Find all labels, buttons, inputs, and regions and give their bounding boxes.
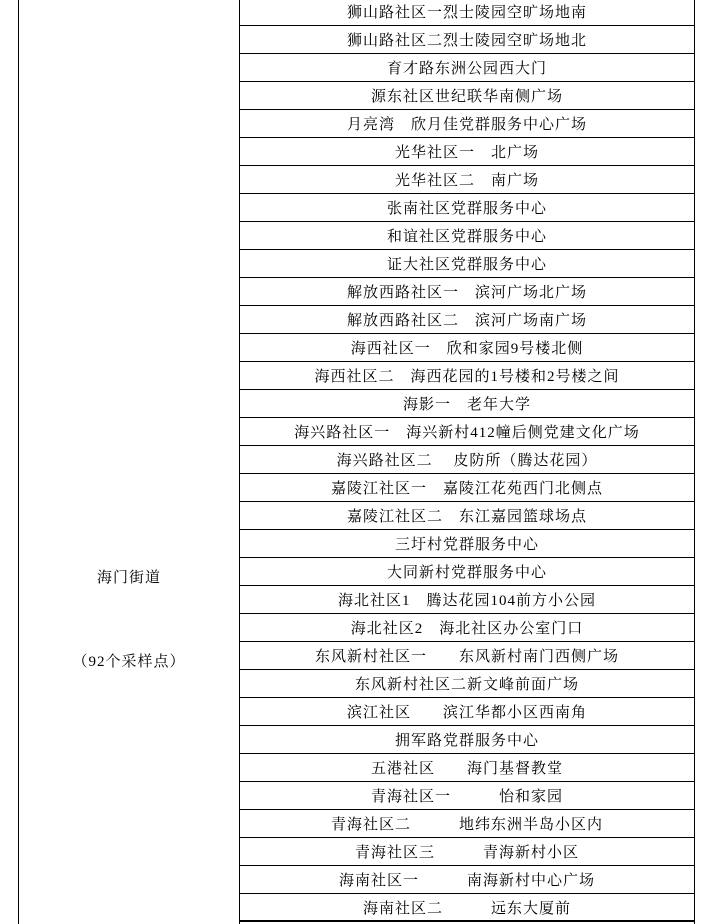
table-row: 海兴路社区一 海兴新村412幢后侧党建文化广场 [240,418,694,446]
sampling-point-label: 海兴路社区一 海兴新村412幢后侧党建文化广场 [294,421,640,442]
table-row: 东风新村社区一 东风新村南门西侧广场 [240,642,694,670]
table-row: 滨江社区 滨江华都小区西南角 [240,698,694,726]
table-row: 海南社区二 远东大厦前 [240,894,694,922]
sampling-point-label: 滨江社区 滨江华都小区西南角 [347,701,587,722]
table-row: 海北社区2 海北社区办公室门口 [240,614,694,642]
table-row: 五港社区 海门基督教堂 [240,754,694,782]
table-row: 海西社区二 海西花园的1号楼和2号楼之间 [240,362,694,390]
sampling-point-label: 光华社区二 南广场 [395,169,539,190]
table-row: 东风新村社区二新文峰前面广场 [240,670,694,698]
table-row: 证大社区党群服务中心 [240,250,694,278]
sampling-point-label: 源东社区世纪联华南侧广场 [371,85,563,106]
table-row: 青海社区一 怡和家园 [240,782,694,810]
sampling-point-label: 青海社区三 青海新村小区 [355,841,579,862]
document-page: 海门街道 （92个采样点） 狮山路社区一烈士陵园空旷场地南 狮山路社区二烈士陵园… [0,0,703,924]
sampling-point-label: 海北社区1 腾达花园104前方小公园 [338,589,596,610]
table-row: 三圩村党群服务中心 [240,530,694,558]
sampling-point-label: 三圩村党群服务中心 [395,533,539,554]
table-row: 张南社区党群服务中心 [240,194,694,222]
street-merged-cell: 海门街道 （92个采样点） [19,0,240,924]
table-row: 光华社区二 南广场 [240,166,694,194]
table-row: 嘉陵江社区二 东江嘉园篮球场点 [240,502,694,530]
street-name: 海门街道 [19,564,239,592]
sampling-point-label: 东风新村社区二新文峰前面广场 [355,673,579,694]
sampling-point-label: 海影一 老年大学 [403,393,531,414]
table-row: 月亮湾 欣月佳党群服务中心广场 [240,110,694,138]
table-row: 海北社区1 腾达花园104前方小公园 [240,586,694,614]
table-row: 青海社区二 地纬东洲半岛小区内 [240,810,694,838]
sampling-point-label: 月亮湾 欣月佳党群服务中心广场 [347,113,587,134]
table-row: 和谊社区党群服务中心 [240,222,694,250]
sampling-point-label: 海兴路社区二 皮防所（腾达花园） [337,449,598,470]
sampling-point-label: 青海社区二 地纬东洲半岛小区内 [331,813,603,834]
sampling-point-label: 五港社区 海门基督教堂 [371,757,563,778]
sampling-point-label: 青海社区一 怡和家园 [371,785,563,806]
table-row: 源东社区世纪联华南侧广场 [240,82,694,110]
table-row: 拥军路党群服务中心 [240,726,694,754]
table-row: 解放西路社区二 滨河广场南广场 [240,306,694,334]
table-row: 光华社区一 北广场 [240,138,694,166]
sampling-point-label: 海南社区一 南海新村中心广场 [339,869,595,890]
sampling-point-label: 狮山路社区二烈士陵园空旷场地北 [347,29,587,50]
sampling-point-label: 解放西路社区一 滨河广场北广场 [347,281,587,302]
sampling-point-label: 海西社区二 海西花园的1号楼和2号楼之间 [314,365,619,386]
sampling-point-label: 狮山路社区一烈士陵园空旷场地南 [347,1,587,22]
sampling-point-label: 证大社区党群服务中心 [387,253,547,274]
sampling-point-label: 东风新村社区一 东风新村南门西侧广场 [315,645,619,666]
sampling-point-label: 育才路东洲公园西大门 [387,57,547,78]
sampling-point-label: 海南社区二 远东大厦前 [363,897,571,918]
sampling-point-label: 拥军路党群服务中心 [395,729,539,750]
sampling-point-label: 嘉陵江社区一 嘉陵江花苑西门北侧点 [331,477,603,498]
table-row: 海兴路社区二 皮防所（腾达花园） [240,446,694,474]
sampling-point-label: 嘉陵江社区二 东江嘉园篮球场点 [347,505,587,526]
table-row: 海南社区一 南海新村中心广场 [240,866,694,894]
sampling-point-label: 海北社区2 海北社区办公室门口 [351,617,584,638]
street-sampling-count: （92个采样点） [19,648,239,676]
table-row: 狮山路社区一烈士陵园空旷场地南 [240,0,694,26]
table-row: 狮山路社区二烈士陵园空旷场地北 [240,26,694,54]
table-row: 育才路东洲公园西大门 [240,54,694,82]
table-row: 青海社区三 青海新村小区 [240,838,694,866]
sampling-point-label: 光华社区一 北广场 [395,141,539,162]
sampling-point-label: 海西社区一 欣和家园9号楼北侧 [351,337,584,358]
sampling-point-label: 解放西路社区二 滨河广场南广场 [347,309,587,330]
sampling-point-list: 狮山路社区一烈士陵园空旷场地南 狮山路社区二烈士陵园空旷场地北 育才路东洲公园西… [240,0,694,922]
table-row: 解放西路社区一 滨河广场北广场 [240,278,694,306]
street-label-block: 海门街道 （92个采样点） [19,508,239,732]
sampling-point-label: 张南社区党群服务中心 [387,197,547,218]
table-row: 嘉陵江社区一 嘉陵江花苑西门北侧点 [240,474,694,502]
table-row: 大同新村党群服务中心 [240,558,694,586]
sampling-points-table: 海门街道 （92个采样点） 狮山路社区一烈士陵园空旷场地南 狮山路社区二烈士陵园… [18,0,695,924]
sampling-point-label: 大同新村党群服务中心 [387,561,547,582]
sampling-point-label: 和谊社区党群服务中心 [387,225,547,246]
table-row: 海西社区一 欣和家园9号楼北侧 [240,334,694,362]
table-row: 海影一 老年大学 [240,390,694,418]
